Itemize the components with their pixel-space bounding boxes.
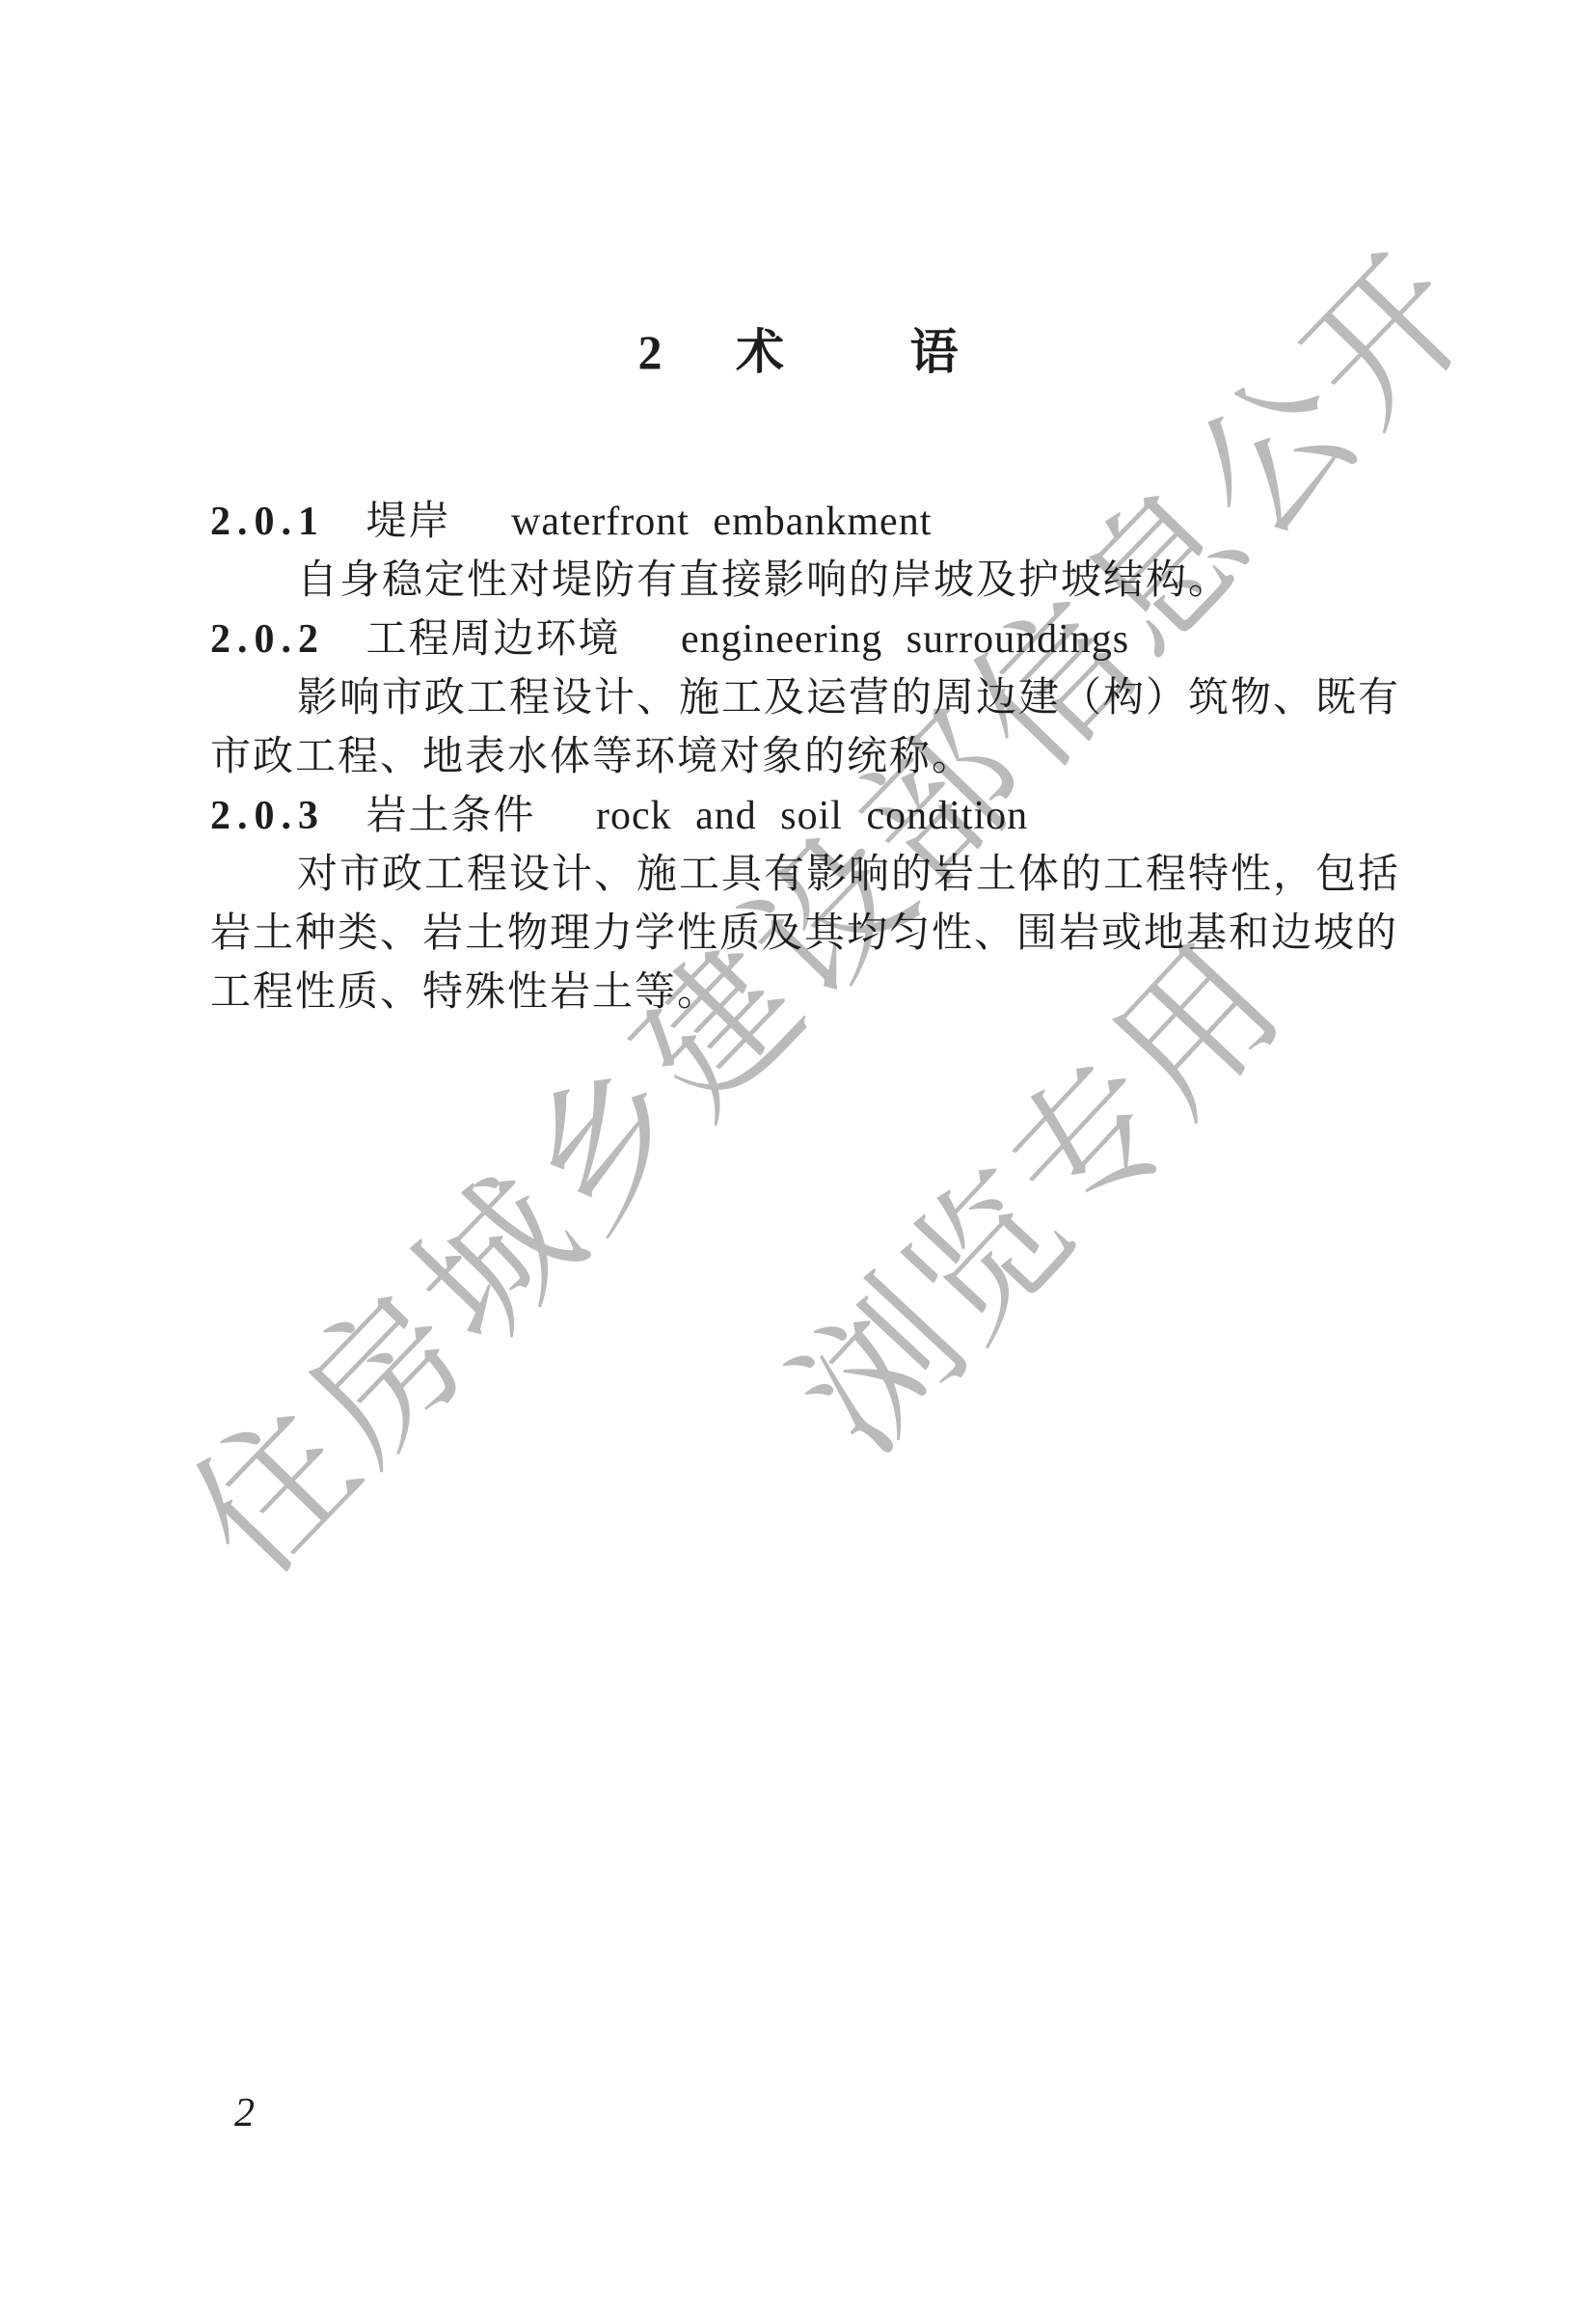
term-name-zh: 岩土条件 [366, 794, 536, 838]
term-definition-line: 工程性质、特殊性岩土等。 [210, 964, 1425, 1022]
chapter-number: 2 [638, 324, 663, 380]
term-name-en: waterfront embankment [511, 500, 932, 544]
term-heading-2-0-3: 2.0.3 岩土条件 rock and soil condition [210, 787, 1425, 846]
term-name-zh: 工程周边环境 [366, 617, 621, 662]
term-definition-line: 对市政工程设计、施工具有影响的岩土体的工程特性，包括 [210, 846, 1425, 905]
document-page: 住房城乡建设部信息公开 浏览专用 2 术 语 2.0.1 堤岸 waterfro… [0, 0, 1596, 2311]
term-definition-line: 影响市政工程设计、施工及运营的周边建（构）筑物、既有 [210, 669, 1425, 728]
terminology-body: 2.0.1 堤岸 waterfront embankment 自身稳定性对堤防有… [210, 493, 1425, 1022]
term-name-en: engineering surroundings [681, 617, 1129, 662]
chapter-title: 2 术 语 [0, 324, 1596, 380]
term-number: 2.0.3 [210, 794, 325, 838]
term-heading-2-0-1: 2.0.1 堤岸 waterfront embankment [210, 493, 1425, 552]
term-definition-line: 自身稳定性对堤防有直接影响的岸坡及护坡结构。 [210, 552, 1425, 611]
term-definition-line: 岩土种类、岩土物理力学性质及其均匀性、围岩或地基和边坡的 [210, 905, 1425, 964]
chapter-title-char-2: 语 [910, 324, 959, 380]
term-name-zh: 堤岸 [366, 500, 451, 544]
term-name-en: rock and soil condition [596, 794, 1028, 838]
term-number: 2.0.2 [210, 617, 325, 662]
term-number: 2.0.1 [210, 500, 325, 544]
term-definition-line: 市政工程、地表水体等环境对象的统称。 [210, 728, 1425, 787]
term-heading-2-0-2: 2.0.2 工程周边环境 engineering surroundings [210, 611, 1425, 669]
chapter-title-char-1: 术 [736, 324, 784, 380]
page-number: 2 [234, 2091, 255, 2135]
